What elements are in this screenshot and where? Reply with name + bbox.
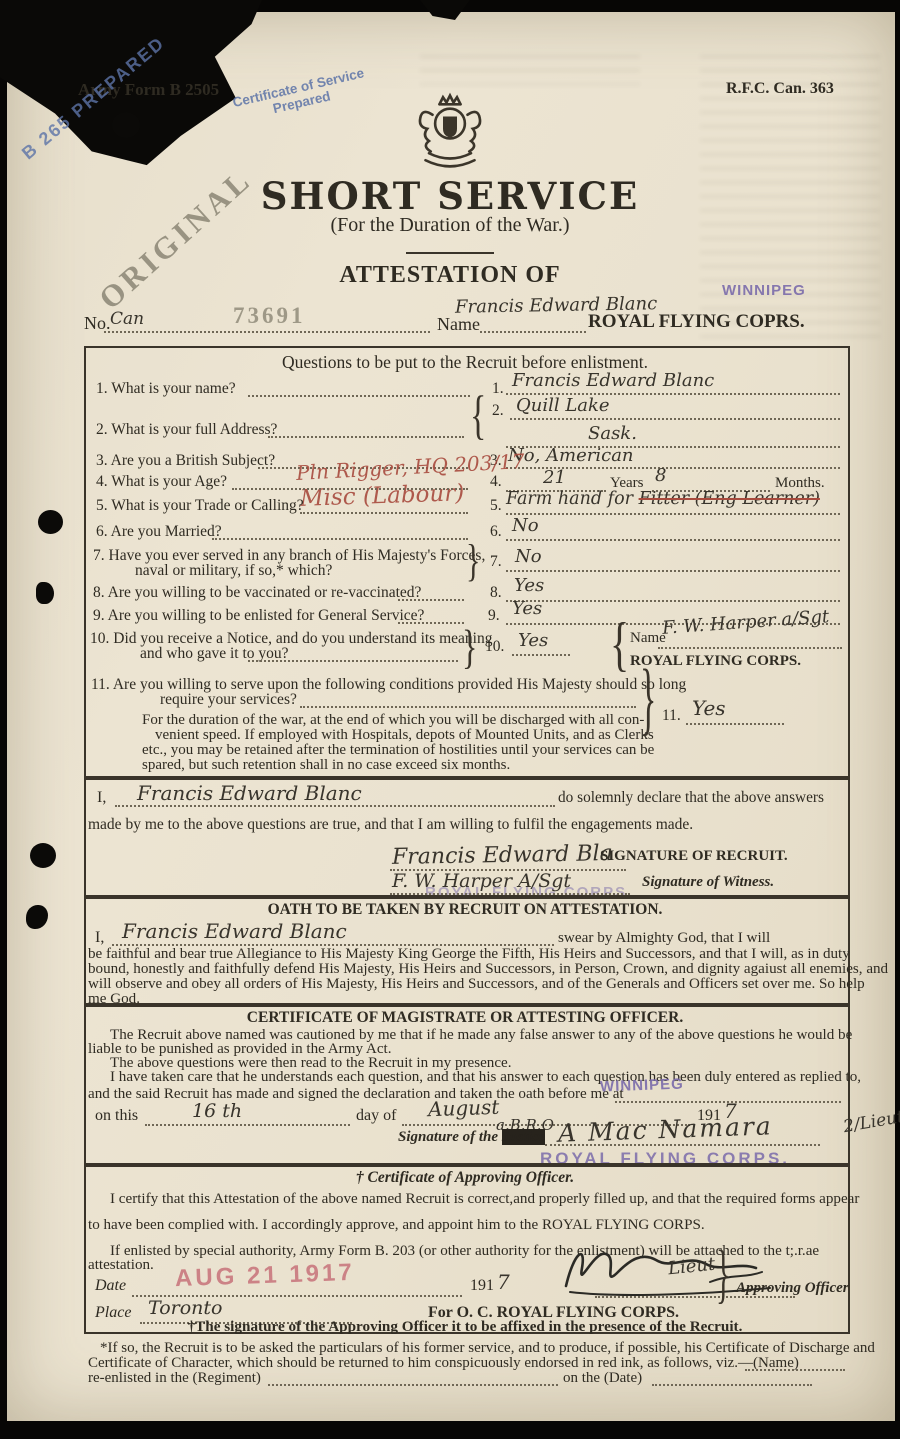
dotted-line: [248, 659, 458, 662]
dotted-line: [232, 487, 468, 490]
dotted-line: [506, 599, 840, 602]
dotted-line: [268, 435, 464, 438]
punch-hole: [30, 843, 56, 868]
q8-text: Are you willing to be vaccinated or re-v…: [108, 584, 422, 601]
dotted-line: [248, 394, 470, 397]
q2-label: 2. What is your full Address?: [96, 421, 277, 439]
dotted-line: [480, 330, 586, 333]
magistrate-p3: I have taken care that he understands ea…: [110, 1069, 861, 1086]
magistrate-p4: and the said Recruit has made and signed…: [88, 1086, 624, 1103]
dotted-line: [300, 511, 468, 514]
q3-num: 3.: [96, 452, 108, 469]
q9-text: Are you willing to be enlisted for Gener…: [108, 607, 425, 624]
approving-brace: }: [716, 1238, 730, 1313]
q2-answer-line1: Quill Lake: [516, 395, 610, 416]
recruit-signature: Francis Edward Bla: [392, 841, 613, 870]
signature-of-witness-label: Signature of Witness.: [642, 874, 774, 891]
q10-name-brace: {: [610, 608, 629, 679]
signature-of-justice-label: Signature of the Justice: [398, 1129, 545, 1146]
attestation-form-page: Army Form B 2505 R.F.C. Can. 363 B 265 P…: [0, 0, 900, 1439]
q5-label: 5. What is your Trade or Calling?: [96, 497, 304, 515]
q1-answer: Francis Edward Blanc: [512, 370, 714, 391]
q11-brace: }: [640, 655, 656, 746]
q11-num: 11.: [91, 676, 110, 693]
q1-num: 1.: [96, 380, 108, 397]
q3-label: 3. Are you a British Subject?: [96, 452, 275, 470]
dotted-line: [506, 569, 840, 572]
q7-answer: No: [515, 546, 542, 567]
winnipeg-stamp-magistrate: WINNIPEG: [600, 1076, 684, 1096]
page-title: SHORT SERVICE: [0, 174, 900, 218]
q6-label: 6. Are you Married?: [96, 523, 222, 541]
oath-i: I,: [95, 929, 104, 947]
dotted-line: [510, 417, 840, 420]
q9-label: 9. Are you willing to be enlisted for Ge…: [93, 607, 424, 625]
q7-answer-num: 7.: [490, 553, 502, 571]
dotted-line: [398, 598, 464, 601]
dotted-line: [545, 1143, 820, 1146]
q5-answer-kept: Farm hand for: [506, 489, 639, 509]
q1-label: 1. What is your name?: [96, 380, 236, 398]
dotted-line: [398, 621, 464, 624]
questions-header: Questions to be put to the Recruit befor…: [84, 352, 846, 373]
signature-of-recruit-label: SIGNATURE OF RECRUIT.: [600, 848, 788, 865]
q6-answer-num: 6.: [490, 523, 502, 541]
declaration-name: Francis Edward Blanc: [137, 781, 362, 805]
q8-answer: Yes: [514, 575, 544, 596]
q5-answer-struck: Fitter (Eng Learner): [639, 489, 820, 509]
punch-hole: [36, 582, 54, 604]
place-handwritten: Toronto: [148, 1297, 222, 1319]
q10-num: 10.: [90, 630, 109, 647]
page-subtitle: (For the Duration of the War.): [0, 214, 900, 237]
service-number-stamp: 73691: [233, 303, 306, 329]
dotted-line: [686, 722, 784, 725]
q11-answer-num: 11.: [662, 707, 681, 725]
magistrate-header: CERTIFICATE OF MAGISTRATE OR ATTESTING O…: [84, 1009, 846, 1027]
q10-answer-num: 10.: [485, 638, 504, 656]
punch-hole: [38, 510, 63, 534]
q3-text: Are you a British Subject?: [111, 452, 275, 469]
q9-answer: Yes: [512, 598, 542, 619]
q5-answer-num: 5.: [490, 497, 502, 515]
q8-answer-num: 8.: [490, 584, 502, 602]
justice-word-struck: Justice: [502, 1129, 545, 1145]
dotted-line: [115, 804, 555, 807]
dotted-line: [145, 1123, 350, 1126]
q5-text: What is your Trade or Calling?: [111, 497, 303, 514]
q4-answer-num: 4.: [490, 473, 502, 491]
dotted-line: [652, 1383, 812, 1386]
punch-hole: [112, 112, 140, 138]
corps-title: ROYAL FLYING COPRS.: [588, 311, 805, 333]
q2-num: 2.: [96, 421, 108, 438]
name-label: Name: [437, 314, 480, 335]
q2-answer-num: 2.: [492, 402, 504, 420]
q8-num: 8.: [93, 584, 105, 601]
scan-edge-bottom: [0, 1421, 900, 1439]
q2-text: What is your full Address?: [111, 421, 277, 438]
date-label: Date: [95, 1277, 126, 1295]
dotted-line: [745, 1368, 845, 1371]
q4-num: 4.: [96, 473, 108, 490]
footnote-line3b: on the (Date): [563, 1370, 642, 1387]
q11-label-line2: require your services?: [160, 691, 297, 709]
q6-answer: No: [512, 515, 539, 536]
q5-answer: Farm hand for Fitter (Eng Learner): [506, 489, 820, 509]
q2-brace: {: [470, 387, 486, 448]
day-handwritten: 16 th: [192, 1100, 242, 1122]
declaration-i: I,: [97, 789, 106, 807]
form-number-right: R.F.C. Can. 363: [726, 80, 834, 98]
q4-years-value: 21: [543, 467, 566, 488]
approving-footnote: †The signature of the Approving Officer …: [84, 1318, 846, 1336]
q5-num: 5.: [96, 497, 108, 514]
bleed-through: [420, 55, 640, 85]
dotted-line: [268, 1383, 558, 1386]
q10-brace: }: [462, 619, 477, 675]
dotted-line: [506, 538, 840, 541]
dotted-line: [300, 705, 636, 708]
day-of-label: day of: [356, 1107, 396, 1125]
year-printed-approving: 191: [470, 1277, 494, 1295]
q6-num: 6.: [96, 523, 108, 540]
dotted-line: [104, 330, 430, 333]
q11-cond-line4: spared, but such retention shall in no c…: [142, 757, 510, 774]
q1-text: What is your name?: [111, 380, 235, 397]
declaration-line2: made by me to the above questions are tr…: [88, 816, 693, 834]
q4-label: 4. What is your Age?: [96, 473, 227, 491]
q7-num: 7.: [93, 547, 105, 564]
dotted-line: [506, 512, 840, 515]
approving-p2: to have been complied with. I accordingl…: [88, 1217, 705, 1234]
year-handwritten-approving: 7: [497, 1270, 510, 1294]
q2-answer-line2: Sask.: [588, 423, 637, 444]
q4-months-value: 8: [655, 465, 666, 486]
q7-label-line2: naval or military, if so,* which?: [135, 562, 332, 580]
royal-crest-icon: [406, 92, 494, 176]
signature-of-justice-pre: Signature of the: [398, 1129, 502, 1145]
q1-answer-num: 1.: [492, 380, 504, 398]
approving-header: † Certificate of Approving Officer.: [84, 1169, 846, 1187]
oath-name: Francis Edward Blanc: [122, 919, 347, 943]
q8-label: 8. Are you willing to be vaccinated or r…: [93, 584, 421, 602]
q7-brace: }: [466, 537, 480, 588]
q10-name-label: Name: [630, 630, 666, 647]
declaration-tail: do solemnly declare that the above answe…: [558, 789, 824, 807]
q9-num: 9.: [93, 607, 105, 624]
oath-header: OATH TO BE TAKEN BY RECRUIT ON ATTESTATI…: [84, 901, 846, 919]
q11-answer: Yes: [692, 696, 726, 720]
q9-answer-num: 9.: [488, 607, 500, 625]
approving-p1: I certify that this Attestation of the a…: [110, 1191, 859, 1208]
q10-answer: Yes: [518, 630, 548, 651]
on-this-label: on this: [95, 1107, 138, 1125]
dotted-line: [658, 646, 842, 649]
winnipeg-stamp-top: WINNIPEG: [722, 282, 806, 299]
month-handwritten: August: [428, 1095, 500, 1121]
title-divider: [406, 252, 494, 254]
oath-tail: swear by Almighty God, that I will: [558, 929, 770, 947]
q4-text: What is your Age?: [111, 473, 227, 490]
q6-text: Are you Married?: [111, 523, 222, 540]
oath-line4: will observe and obey all orders of His …: [88, 976, 865, 993]
dotted-line: [212, 537, 468, 540]
q3-answer: No, American: [508, 445, 634, 466]
approving-officer-label: Approving Officer: [736, 1280, 849, 1297]
footnote-line3a: re-enlisted in the (Regiment): [88, 1370, 261, 1387]
approving-p3b: attestation.: [88, 1257, 154, 1274]
no-handwritten: Can: [110, 309, 144, 329]
dotted-line: [512, 653, 570, 656]
